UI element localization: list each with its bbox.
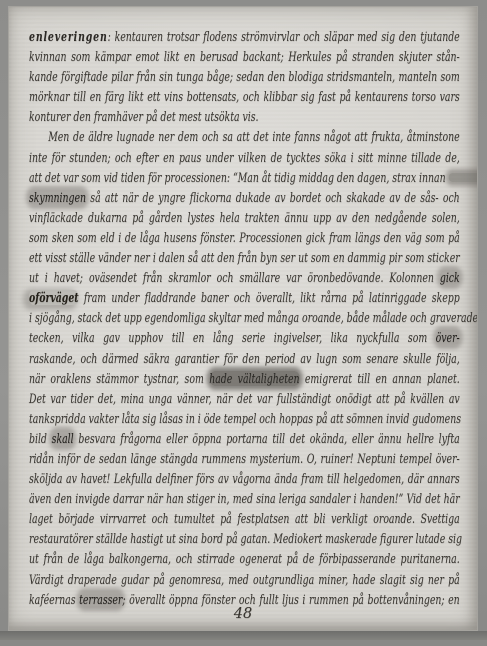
text-segment: mörknar till en färg likt ett vins botte… <box>29 89 460 104</box>
text-segment: så att när de yngre flickorna dukade av … <box>86 190 460 205</box>
text-line: inte för stunden; och efter en paus unde… <box>29 148 460 168</box>
text-line: Men de äldre lugnade ner dem och sa att … <box>29 127 460 147</box>
text-segment: även den invigde darrar när han stiger i… <box>29 491 460 506</box>
text-line: att det var som vid tiden för procession… <box>29 168 460 188</box>
emphasized-text: oförväget <box>29 290 79 305</box>
text-segment: fram under fladdrande baner och överallt… <box>79 290 460 305</box>
text-segment: raskande, och därmed säkra garantier för… <box>29 351 460 366</box>
book-page: enleveringen: kentauren trotsar flodens … <box>8 6 478 631</box>
text-line: när oraklens stämmor tystnar, som hade v… <box>29 369 460 389</box>
page-number: 48 <box>9 606 477 622</box>
text-segment: restauratörer ställde hastigt ut sina bo… <box>29 531 462 546</box>
text-line: ut från de låga balkongerna, och stirrad… <box>29 549 460 569</box>
text-line: ut i havet; oväsendet från skramlor och … <box>29 268 460 288</box>
text-segment: emigrerat till en annan planet. <box>299 371 459 386</box>
text-line: som sken som eld i de låga husens fönste… <box>29 228 460 248</box>
text-line: mörknar till en färg likt ett vins botte… <box>29 87 460 107</box>
text-segment: bild <box>29 431 52 446</box>
text-segment: ut från de låga balkongerna, och stirrad… <box>29 551 460 566</box>
text-segment: laget började virrvarret och tumultet på… <box>29 511 460 526</box>
text-segment: : kentauren trotsar flodens strömvirvlar… <box>108 29 460 44</box>
ink-smear <box>449 173 478 182</box>
text-segment: ridån inför de sedan länge stängda rumme… <box>29 451 460 466</box>
text-line: i sjögång, stack det upp egendomliga sky… <box>29 308 460 328</box>
text-segment: som sken som eld i de låga husens fönste… <box>29 230 460 245</box>
text-line: ridån inför de sedan länge stängda rumme… <box>29 449 460 469</box>
text-line: även den invigde darrar när han stiger i… <box>29 489 460 509</box>
scanned-page-background: enleveringen: kentauren trotsar flodens … <box>0 0 487 646</box>
smudged-text: gick <box>440 270 460 285</box>
text-line: tankspridda vakter låta sig låsas in i ö… <box>29 409 460 429</box>
text-line: oförväget fram under fladdrande baner oc… <box>29 288 460 308</box>
smudged-text: skymningen <box>29 190 86 205</box>
smudged-text: skall <box>52 431 74 446</box>
text-segment: inte för stunden; och efter en paus unde… <box>29 150 460 165</box>
text-segment: Men de äldre lugnade ner dem och sa att … <box>48 129 459 144</box>
page-text: enleveringen: kentauren trotsar flodens … <box>29 27 460 610</box>
text-line: Värdigt draperade gudar på genomresa, me… <box>29 570 460 590</box>
text-segment: tankspridda vakter låta sig låsas in i ö… <box>29 411 461 426</box>
text-segment: ett visst ställe vänder ner i dalen så a… <box>29 250 460 265</box>
text-segment: kaféernas <box>29 592 79 607</box>
text-line: konturer den framhäver på det mest utsök… <box>29 107 460 127</box>
text-line: laget började virrvarret och tumultet på… <box>29 509 460 529</box>
text-line: skymningen så att när de yngre flickorna… <box>29 188 460 208</box>
text-segment: Värdigt draperade gudar på genomresa, me… <box>29 572 460 587</box>
text-segment: ; överallt öppna fönster och fullt ljus … <box>122 592 459 607</box>
text-segment: tecken, vilka gav upphov till en lång se… <box>29 330 436 345</box>
text-segment: att det var som vid tiden för procession… <box>29 170 449 185</box>
text-segment: vinfläckade dukarna på gården lystes hel… <box>29 210 460 225</box>
text-segment: kvinnan som kämpar emot likt en berusad … <box>29 49 460 64</box>
text-segment: kande förgiftade pilar från sin tunga bå… <box>29 69 460 84</box>
text-segment: besvara frågorna eller öppna portarna ti… <box>74 431 460 446</box>
text-segment: sköljda av havet! Lekfulla delfiner förs… <box>29 471 460 486</box>
text-segment: konturer den framhäver på det mest utsök… <box>29 109 258 124</box>
text-line: ett visst ställe vänder ner i dalen så a… <box>29 248 460 268</box>
smudged-text: hade vältaligheten <box>209 371 299 386</box>
smudged-text: terrasser <box>79 592 122 607</box>
text-line: enleveringen: kentauren trotsar flodens … <box>29 27 460 47</box>
text-line: Det var tider det, mina unga vänner, när… <box>29 389 460 409</box>
text-segment: i sjögång, stack det upp egendomliga sky… <box>29 310 478 325</box>
lead-word: enleveringen <box>29 29 108 44</box>
text-line: sköljda av havet! Lekfulla delfiner förs… <box>29 469 460 489</box>
text-segment: ut i havet; oväsendet från skramlor och … <box>29 270 440 285</box>
text-segment: Det var tider det, mina unga vänner, när… <box>29 391 460 406</box>
text-line: tecken, vilka gav upphov till en lång se… <box>29 328 460 348</box>
text-line: raskande, och därmed säkra garantier för… <box>29 349 460 369</box>
text-line: bild skall besvara frågorna eller öppna … <box>29 429 460 449</box>
smudged-text: över- <box>436 330 460 345</box>
text-line: restauratörer ställde hastigt ut sina bo… <box>29 529 460 549</box>
text-line: kvinnan som kämpar emot likt en berusad … <box>29 47 460 67</box>
scan-edge-shadow <box>0 631 487 640</box>
text-line: vinfläckade dukarna på gården lystes hel… <box>29 208 460 228</box>
text-line: kande förgiftade pilar från sin tunga bå… <box>29 67 460 87</box>
text-segment: när oraklens stämmor tystnar, som <box>29 371 209 386</box>
